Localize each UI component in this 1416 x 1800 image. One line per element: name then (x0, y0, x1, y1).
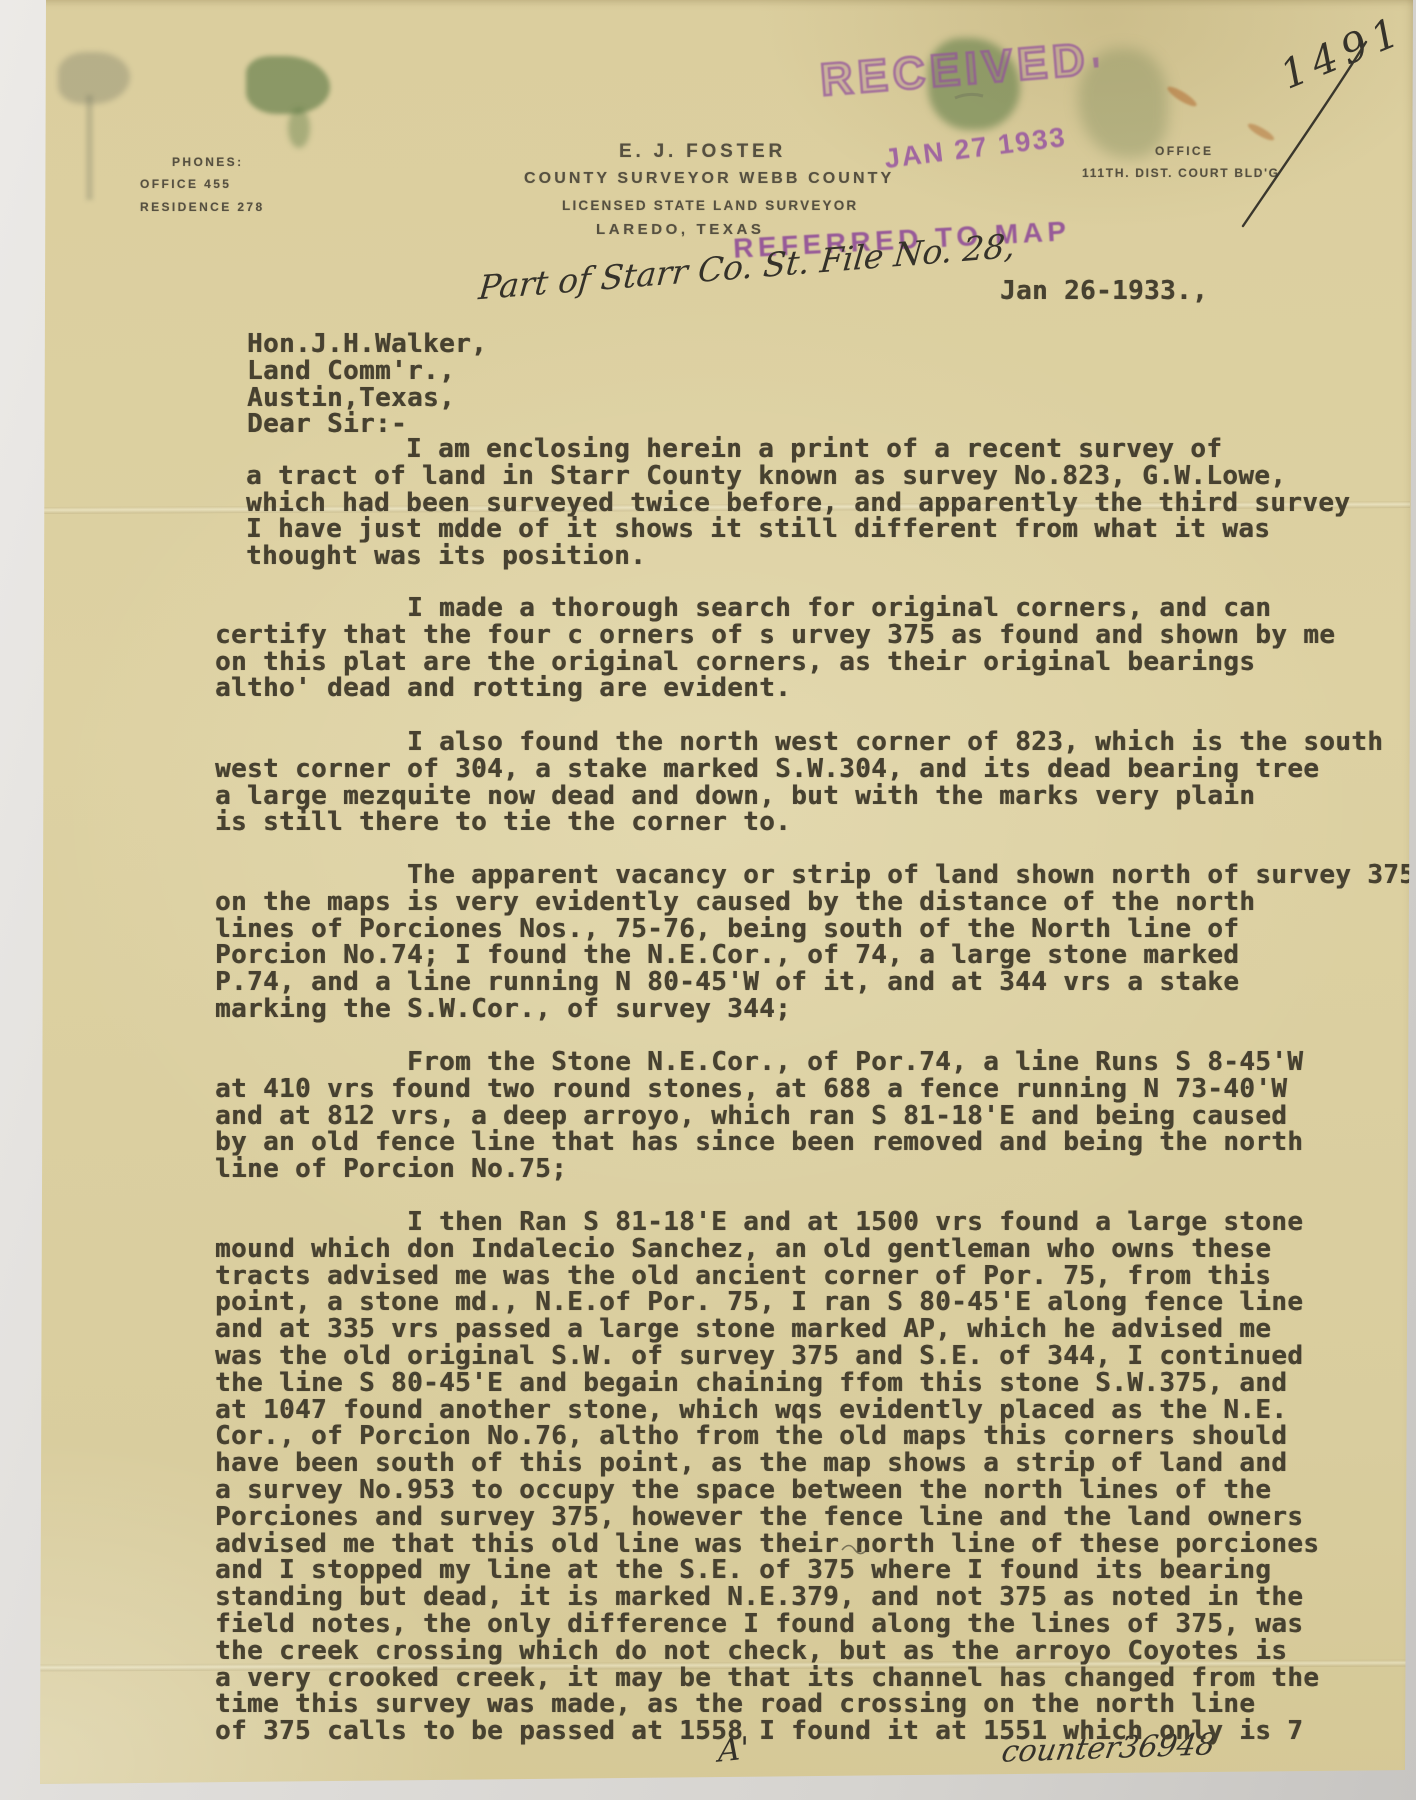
recipient-title-line: Land Comm'r., (247, 358, 487, 385)
rust-speck-2 (1246, 121, 1276, 143)
date-received-stamp: JAN 27 1933 (883, 121, 1069, 175)
recipient-city-line: Austin,Texas, (247, 385, 487, 412)
received-stamp: RECEIVED (818, 33, 1091, 106)
recipient-address-block: Hon.J.H.Walker, Land Comm'r., Austin,Tex… (247, 331, 487, 438)
letter-page: PHONES: OFFICE 455 RESIDENCE 278 E. J. F… (0, 0, 1416, 1800)
letterhead-office-address: 111TH. DIST. COURT BLD'G (1082, 166, 1280, 180)
letterhead-title: COUNTY SURVEYOR WEBB COUNTY (524, 170, 894, 188)
green-crayon-tail (288, 108, 310, 148)
body-paragraph-3: I also found the north west corner of 82… (215, 729, 1383, 836)
letterhead-subtitle: LICENSED STATE LAND SURVEYOR (562, 198, 858, 213)
tape-residue-mark (58, 52, 130, 104)
recipient-name-line: Hon.J.H.Walker, (247, 331, 487, 358)
scanned-letter-background: PHONES: OFFICE 455 RESIDENCE 278 E. J. F… (0, 0, 1416, 1800)
body-paragraph-4: The apparent vacancy or strip of land sh… (215, 862, 1415, 1023)
rust-speck-1 (1165, 84, 1199, 110)
received-stamp-tick: ' (1090, 50, 1103, 96)
letterhead-office-label: OFFICE (1155, 144, 1213, 158)
green-crayon-mark (246, 56, 330, 114)
letterhead-phone-residence: RESIDENCE 278 (140, 200, 265, 214)
tape-residue-drip (86, 95, 93, 200)
letterhead-phones-label: PHONES: (172, 155, 243, 169)
file-number-annotation: 1491 (1274, 7, 1412, 98)
body-paragraph-6: I then Ran S 81-18'E and at 1500 vrs fou… (215, 1209, 1319, 1745)
body-paragraph-1: I am enclosing herein a print of a recen… (246, 436, 1350, 570)
letterhead-phone-office: OFFICE 455 (140, 177, 231, 191)
body-paragraph-2: I made a thorough search for original co… (215, 595, 1335, 702)
letter-date: Jan 26-1933., (1000, 278, 1208, 305)
letterhead-name: E. J. FOSTER (619, 141, 786, 163)
body-paragraph-5: From the Stone N.E.Cor., of Por.74, a li… (215, 1049, 1303, 1183)
